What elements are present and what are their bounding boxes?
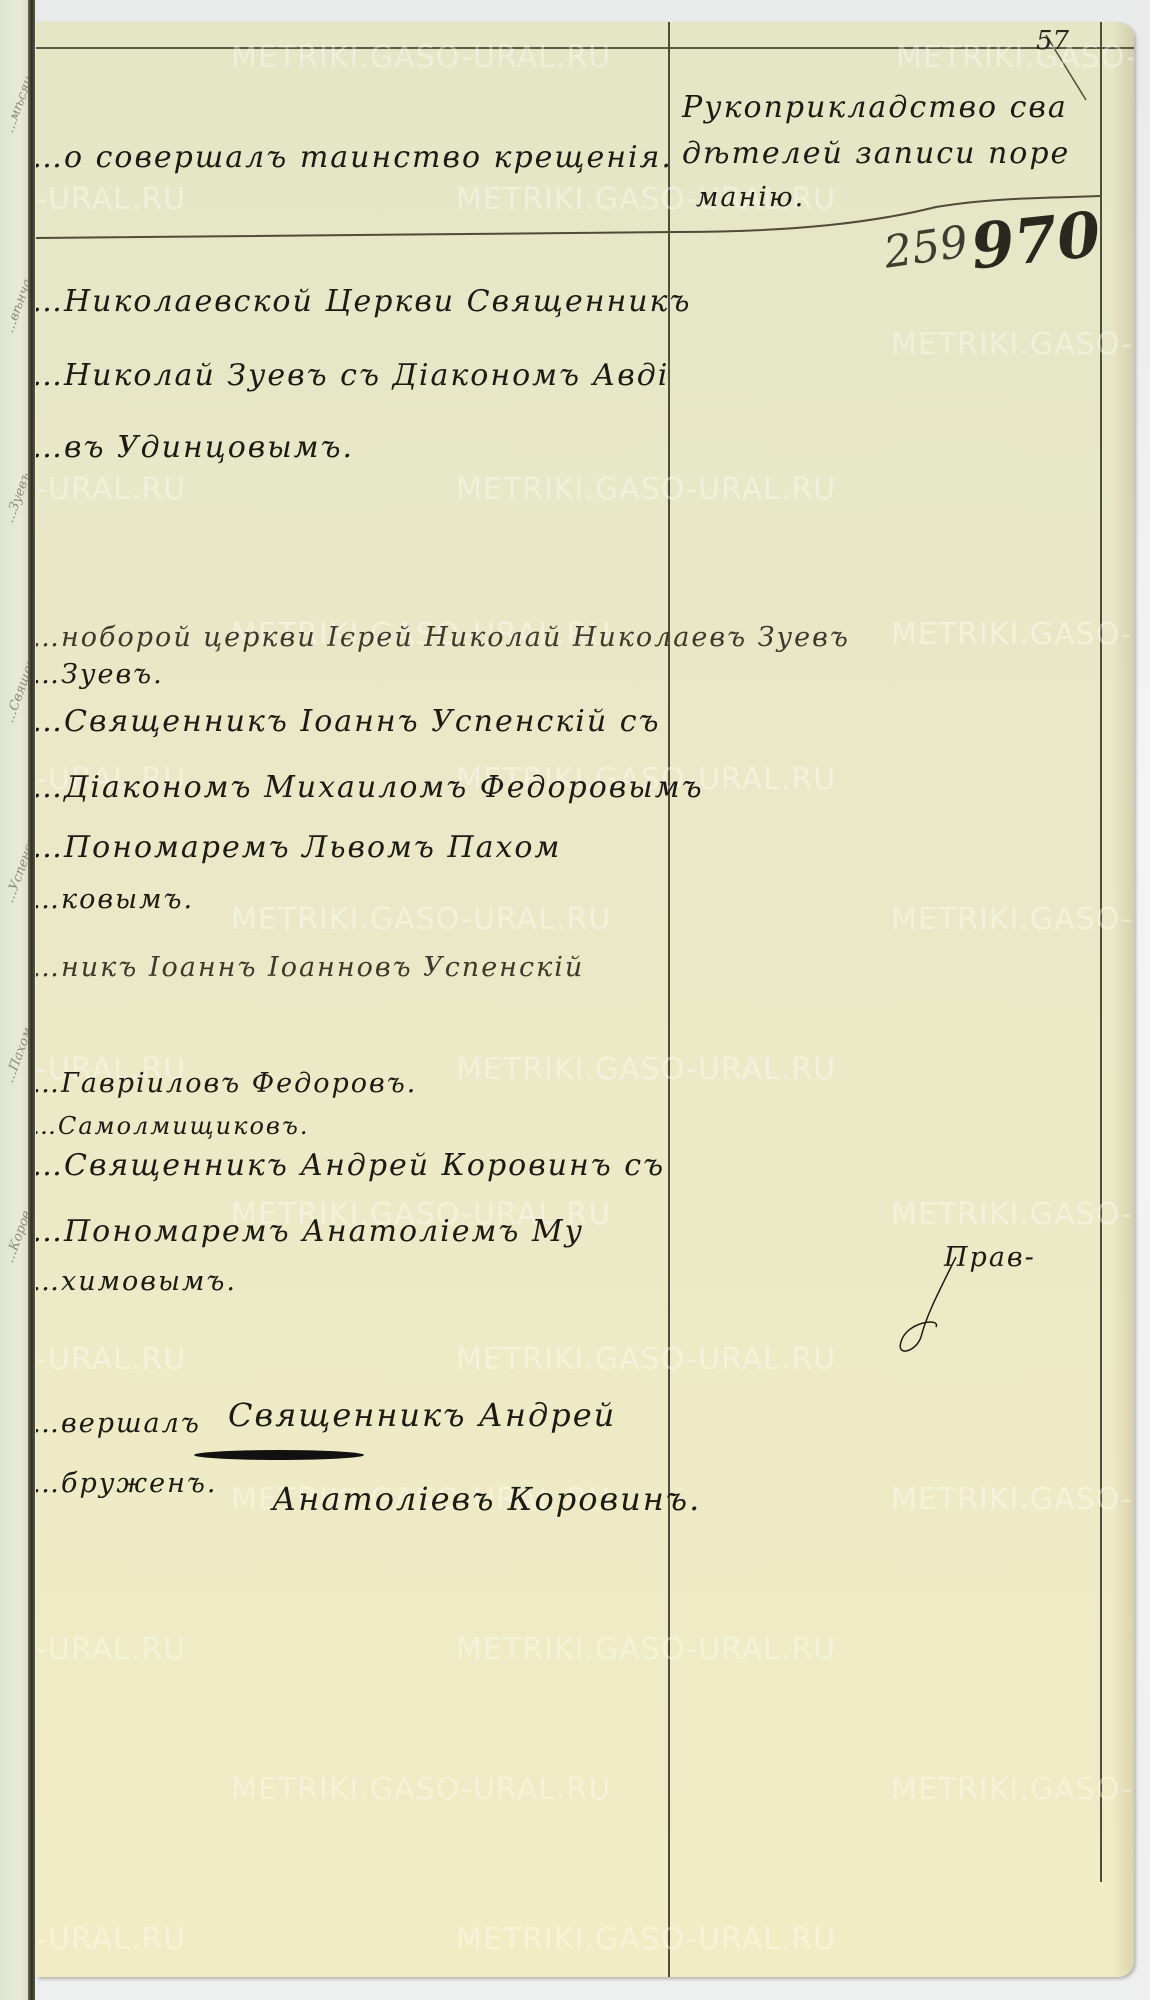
watermark: METRIKI.GASO-URAL.RU (891, 1772, 1134, 1807)
entry-4-line-1: …Гавріиловъ Федоровъ. (36, 1068, 417, 1099)
entry-3-line-1: …никъ Іоаннъ Іоанновъ Успенскій (36, 952, 584, 983)
right-margin-line (1100, 22, 1102, 1882)
watermark: METRIKI.GASO-URAL.RU (36, 1922, 186, 1957)
watermark: METRIKI.GASO-URAL.RU (456, 472, 836, 507)
entry-2-line-3: …Священникъ Іоаннъ Успенскій съ (36, 704, 660, 739)
page-number: 57 (1036, 26, 1069, 56)
watermark: METRIKI.GASO-URAL.RU (36, 472, 186, 507)
right-note-line-2: дѣтелей записи поре (682, 136, 1070, 171)
watermark: METRIKI.GASO-URAL.RU (456, 1922, 836, 1957)
watermark: METRIKI.GASO-URAL.RU (891, 902, 1134, 937)
watermark: METRIKI.GASO-URAL.RU (456, 1632, 836, 1667)
entry-2-line-2: …Зуевъ. (36, 659, 164, 690)
book-binding (28, 0, 35, 2000)
closing-line-2: …бруженъ. (36, 1468, 217, 1499)
watermark: METRIKI.GASO-URAL.RU (896, 40, 1134, 75)
priest-signature-name: Анатоліевъ Коровинъ. (272, 1480, 701, 1518)
entry-1-line-2: …Николай Зуевъ съ Діакономъ Авді (36, 358, 669, 393)
entry-2-line-4: …Діакономъ Михаиломъ Федоровымъ (36, 770, 704, 805)
entry-4-line-2: …Самолмищиковъ. (36, 1112, 310, 1140)
entry-4-line-3: …Священникъ Андрей Коровинъ съ (36, 1148, 665, 1183)
watermark: METRIKI.GASO-URAL.RU (456, 1052, 836, 1087)
entry-2-line-5: …Пономаремъ Львомъ Пахом (36, 830, 561, 865)
side-note-flourish (896, 1247, 986, 1357)
top-entry-text: …о совершалъ таинство крещенія. (36, 140, 673, 175)
entry-1-line-3: …въ Удинцовымъ. (36, 430, 354, 465)
page-edge-shadow (1112, 22, 1134, 1977)
top-rule-line (36, 47, 1134, 49)
watermark: METRIKI.GASO-URAL.RU (891, 617, 1134, 652)
watermark: METRIKI.GASO-URAL.RU (231, 40, 611, 75)
watermark: METRIKI.GASO-URAL.RU (891, 1197, 1134, 1232)
entry-2-line-6: …ковымъ. (36, 884, 194, 915)
entry-2-line-1: …ноборой церкви Ієрей Николай Николаевъ … (36, 622, 850, 653)
watermark: METRIKI.GASO-URAL.RU (36, 1632, 186, 1667)
register-page: METRIKI.GASO-URAL.RU METRIKI.GASO-URAL.R… (36, 22, 1134, 1977)
right-note-line-3: манію. (696, 182, 805, 213)
watermark: METRIKI.GASO-URAL.RU (456, 1342, 836, 1377)
priest-signature-title: Священникъ Андрей (228, 1396, 616, 1434)
watermark: METRIKI.GASO-URAL.RU (36, 1342, 186, 1377)
right-note-line-1: Рукоприкладство сва (682, 90, 1068, 125)
entry-4-line-4: …Пономаремъ Анатоліемъ Му (36, 1214, 584, 1249)
signature-flourish (194, 1450, 364, 1460)
entry-4-line-5: …химовымъ. (36, 1266, 237, 1297)
watermark: METRIKI.GASO-URAL.RU (231, 902, 611, 937)
entry-1-line-1: …Николаевской Церкви Священникъ (36, 284, 691, 319)
closing-line-1: …вершалъ (36, 1408, 201, 1439)
record-number-ink: 970 (968, 197, 1104, 283)
record-number-pencil: 259 (881, 216, 971, 278)
watermark: METRIKI.GASO-URAL.RU (891, 327, 1134, 362)
watermark: METRIKI.GASO-URAL.RU (231, 1772, 611, 1807)
watermark: METRIKI.GASO-URAL.RU (891, 1482, 1134, 1517)
